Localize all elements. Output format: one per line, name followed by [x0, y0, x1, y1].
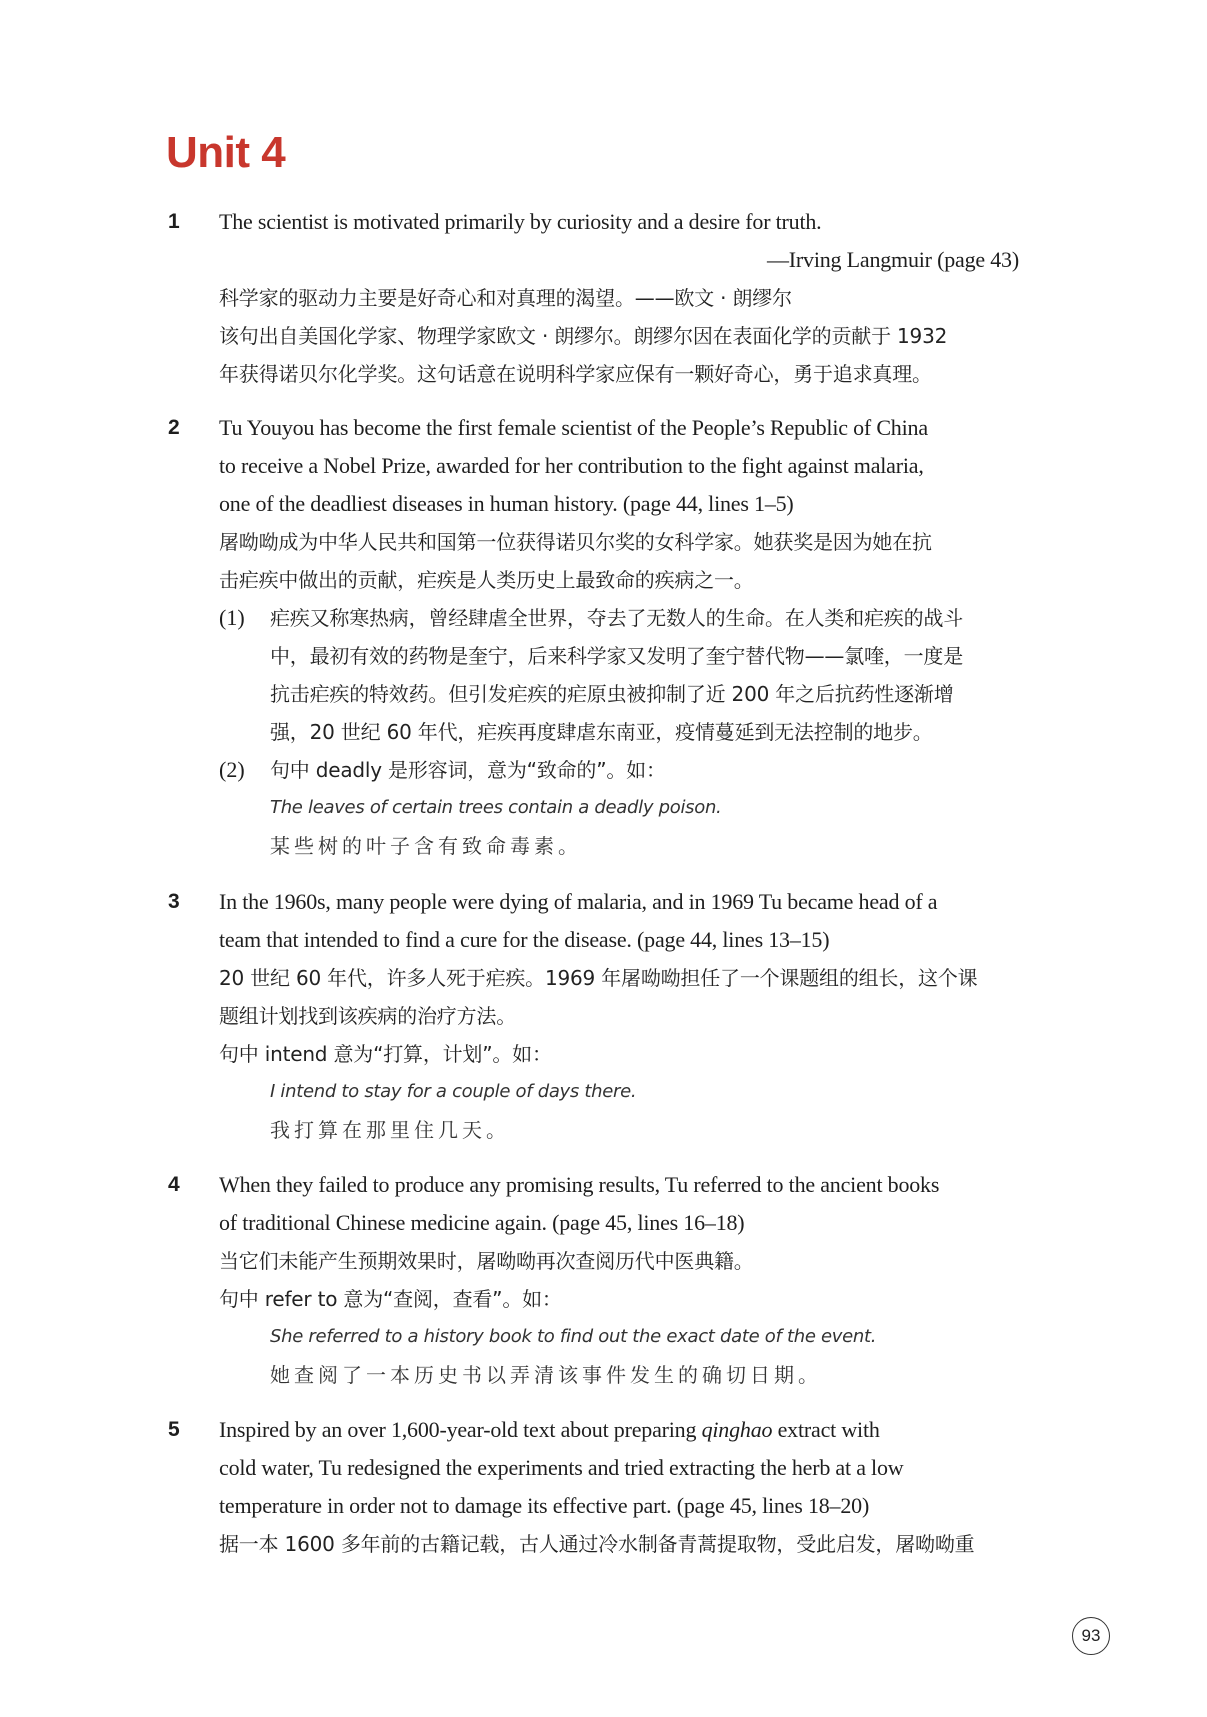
sentence-line: team that intended to find a cure for th…	[219, 921, 1019, 959]
sub-note-1: (1) 疟疾又称寒热病，曾经肆虐全世界，夺去了无数人的生命。在人类和疟疾的战斗 …	[219, 599, 1019, 751]
explanation-line: 该句出自美国化学家、物理学家欧文 · 朗缪尔。朗缪尔因在表面化学的贡献于 193…	[219, 317, 1019, 355]
sub-note-label: (1)	[219, 599, 245, 637]
item-number: 4	[168, 1166, 180, 1204]
item-number: 2	[168, 409, 180, 447]
note-item-2: 2 Tu Youyou has become the first female …	[168, 409, 1028, 865]
sentence-line: to receive a Nobel Prize, awarded for he…	[219, 447, 1019, 485]
translation-line: 据一本 1600 多年前的古籍记载，古人通过冷水制备青蒿提取物，受此启发，屠呦呦…	[219, 1525, 1019, 1563]
unit-title: Unit 4	[166, 128, 285, 178]
example-sentence: She referred to a history book to find o…	[270, 1318, 1019, 1356]
sentence-text: extract with	[772, 1417, 879, 1442]
item-number: 3	[168, 883, 180, 921]
translation-line: 当它们未能产生预期效果时，屠呦呦再次查阅历代中医典籍。	[219, 1242, 1019, 1280]
sentence-line: When they failed to produce any promisin…	[219, 1166, 1019, 1204]
sentence-line: temperature in order not to damage its e…	[219, 1487, 1019, 1525]
translation-line: 击疟疾中做出的贡献，疟疾是人类历史上最致命的疾病之一。	[219, 561, 1019, 599]
italic-term: qinghao	[702, 1417, 773, 1442]
note-item-4: 4 When they failed to produce any promis…	[168, 1166, 1028, 1394]
note-item-5: 5 Inspired by an over 1,600-year-old tex…	[168, 1411, 1028, 1563]
sub-note-2: (2) 句中 deadly 是形容词，意为“致命的”。如： The leaves…	[219, 751, 1019, 865]
sentence-line: Inspired by an over 1,600-year-old text …	[219, 1411, 1019, 1449]
example-translation: 她查阅了一本历史书以弄清该事件发生的确切日期。	[270, 1356, 1019, 1394]
translation-line: 科学家的驱动力主要是好奇心和对真理的渴望。——欧文 · 朗缪尔	[219, 279, 1019, 317]
usage-note: 句中 intend 意为“打算，计划”。如：	[219, 1035, 1019, 1073]
sub-note-label: (2)	[219, 751, 245, 789]
sentence-line: In the 1960s, many people were dying of …	[219, 883, 1019, 921]
example-translation: 某些树的叶子含有致命毒素。	[270, 827, 1019, 865]
sentence-line: Tu Youyou has become the first female sc…	[219, 409, 1019, 447]
page-number: 93	[1072, 1617, 1110, 1655]
item-number: 5	[168, 1411, 180, 1449]
sentence-line: of traditional Chinese medicine again. (…	[219, 1204, 1019, 1242]
sub-note-line: 疟疾又称寒热病，曾经肆虐全世界，夺去了无数人的生命。在人类和疟疾的战斗	[270, 599, 1019, 637]
sub-note-line: 抗击疟疾的特效药。但引发疟疾的疟原虫被抑制了近 200 年之后抗药性逐渐增	[270, 675, 1019, 713]
example-sentence: The leaves of certain trees contain a de…	[270, 789, 1019, 827]
note-item-1: 1 The scientist is motivated primarily b…	[168, 203, 1028, 393]
translation-line: 屠呦呦成为中华人民共和国第一位获得诺贝尔奖的女科学家。她获奖是因为她在抗	[219, 523, 1019, 561]
explanation-line: 年获得诺贝尔化学奖。这句话意在说明科学家应保有一颗好奇心，勇于追求真理。	[219, 355, 1019, 393]
quote-line: The scientist is motivated primarily by …	[219, 203, 1019, 241]
item-number: 1	[168, 203, 180, 241]
quote-attribution: —Irving Langmuir (page 43)	[219, 241, 1019, 279]
example-sentence: I intend to stay for a couple of days th…	[270, 1073, 1019, 1111]
sub-note-line: 中，最初有效的药物是奎宁，后来科学家又发明了奎宁替代物——氯喹，一度是	[270, 637, 1019, 675]
example-translation: 我打算在那里住几天。	[270, 1111, 1019, 1149]
translation-line: 题组计划找到该疾病的治疗方法。	[219, 997, 1019, 1035]
sentence-text: Inspired by an over 1,600-year-old text …	[219, 1417, 702, 1442]
note-item-3: 3 In the 1960s, many people were dying o…	[168, 883, 1028, 1149]
translation-line: 20 世纪 60 年代，许多人死于疟疾。1969 年屠呦呦担任了一个课题组的组长…	[219, 959, 1019, 997]
sub-note-line: 强，20 世纪 60 年代，疟疾再度肆虐东南亚，疫情蔓延到无法控制的地步。	[270, 713, 1019, 751]
sub-note-line: 句中 deadly 是形容词，意为“致命的”。如：	[270, 751, 1019, 789]
usage-note: 句中 refer to 意为“查阅，查看”。如：	[219, 1280, 1019, 1318]
sentence-line: cold water, Tu redesigned the experiment…	[219, 1449, 1019, 1487]
sentence-line: one of the deadliest diseases in human h…	[219, 485, 1019, 523]
